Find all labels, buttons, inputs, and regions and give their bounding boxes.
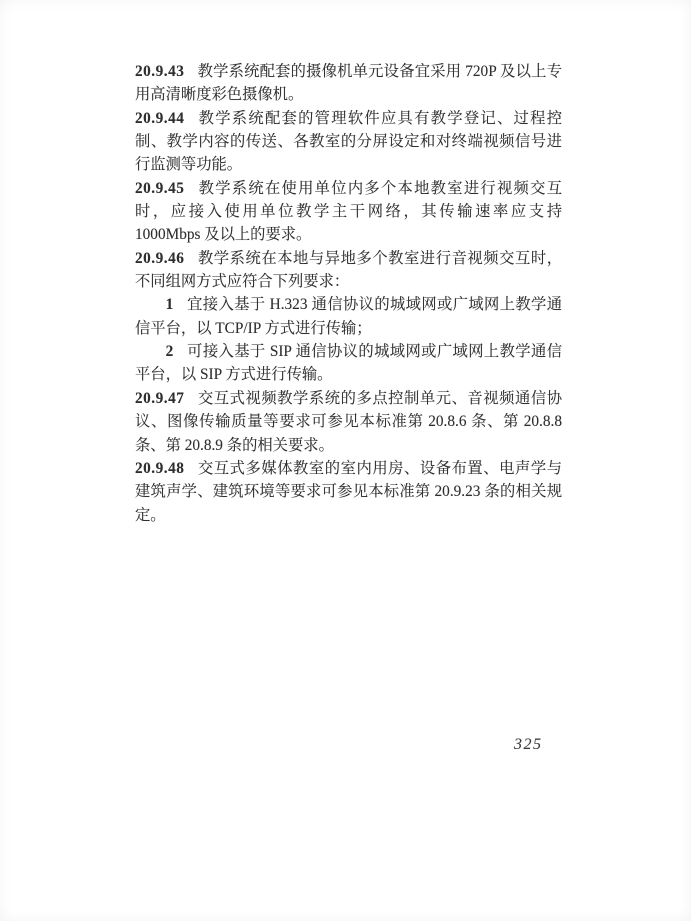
text-block: 20.9.43教学系统配套的摄像机单元设备宜采用 720P 及以上专用高清晰度彩…	[135, 60, 562, 527]
section-paragraph-20-9-47: 20.9.47交互式视频教学系统的多点控制单元、音视频通信协议、图像传输质量等要…	[135, 387, 562, 457]
list-item-2: 2可接入基于 SIP 通信协议的城域网或广域网上教学通信平台，以 SIP 方式进…	[135, 340, 562, 387]
list-item-1: 1宜接入基于 H.323 通信协议的城域网或广域网上教学通信平台，以 TCP/I…	[135, 293, 562, 340]
page-number: 325	[514, 736, 543, 754]
section-paragraph-20-9-45: 20.9.45教学系统在使用单位内多个本地教室进行视频交互时，应接入使用单位教学…	[135, 177, 562, 247]
section-number: 20.9.45	[135, 180, 184, 197]
section-text: 教学系统配套的管理软件应具有教学登记、过程控制、教学内容的传送、各教室的分屏设定…	[135, 110, 562, 174]
document-page: 20.9.43教学系统配套的摄像机单元设备宜采用 720P 及以上专用高清晰度彩…	[0, 0, 691, 921]
section-paragraph-20-9-44: 20.9.44教学系统配套的管理软件应具有教学登记、过程控制、教学内容的传送、各…	[135, 107, 562, 177]
section-text: 教学系统配套的摄像机单元设备宜采用 720P 及以上专用高清晰度彩色摄像机。	[135, 63, 562, 103]
section-number: 20.9.43	[135, 63, 184, 80]
item-text: 可接入基于 SIP 通信协议的城域网或广域网上教学通信平台，以 SIP 方式进行…	[135, 343, 562, 383]
section-paragraph-20-9-43: 20.9.43教学系统配套的摄像机单元设备宜采用 720P 及以上专用高清晰度彩…	[135, 60, 562, 107]
section-text: 教学系统在使用单位内多个本地教室进行视频交互时，应接入使用单位教学主干网络，其传…	[135, 180, 562, 244]
section-number: 20.9.48	[135, 460, 184, 477]
section-number: 20.9.44	[135, 110, 184, 127]
section-number: 20.9.47	[135, 390, 184, 407]
section-text: 交互式多媒体教室的室内用房、设备布置、电声学与建筑声学、建筑环境等要求可参见本标…	[135, 460, 562, 524]
section-paragraph-20-9-48: 20.9.48交互式多媒体教室的室内用房、设备布置、电声学与建筑声学、建筑环境等…	[135, 457, 562, 527]
item-number: 2	[166, 343, 174, 360]
item-number: 1	[166, 296, 174, 313]
section-text: 教学系统在本地与异地多个教室进行音视频交互时，不同组网方式应符合下列要求：	[135, 250, 562, 290]
section-paragraph-20-9-46: 20.9.46教学系统在本地与异地多个教室进行音视频交互时，不同组网方式应符合下…	[135, 247, 562, 294]
section-text: 交互式视频教学系统的多点控制单元、音视频通信协议、图像传输质量等要求可参见本标准…	[135, 390, 562, 454]
section-number: 20.9.46	[135, 250, 184, 267]
item-text: 宜接入基于 H.323 通信协议的城域网或广域网上教学通信平台，以 TCP/IP…	[135, 296, 562, 336]
